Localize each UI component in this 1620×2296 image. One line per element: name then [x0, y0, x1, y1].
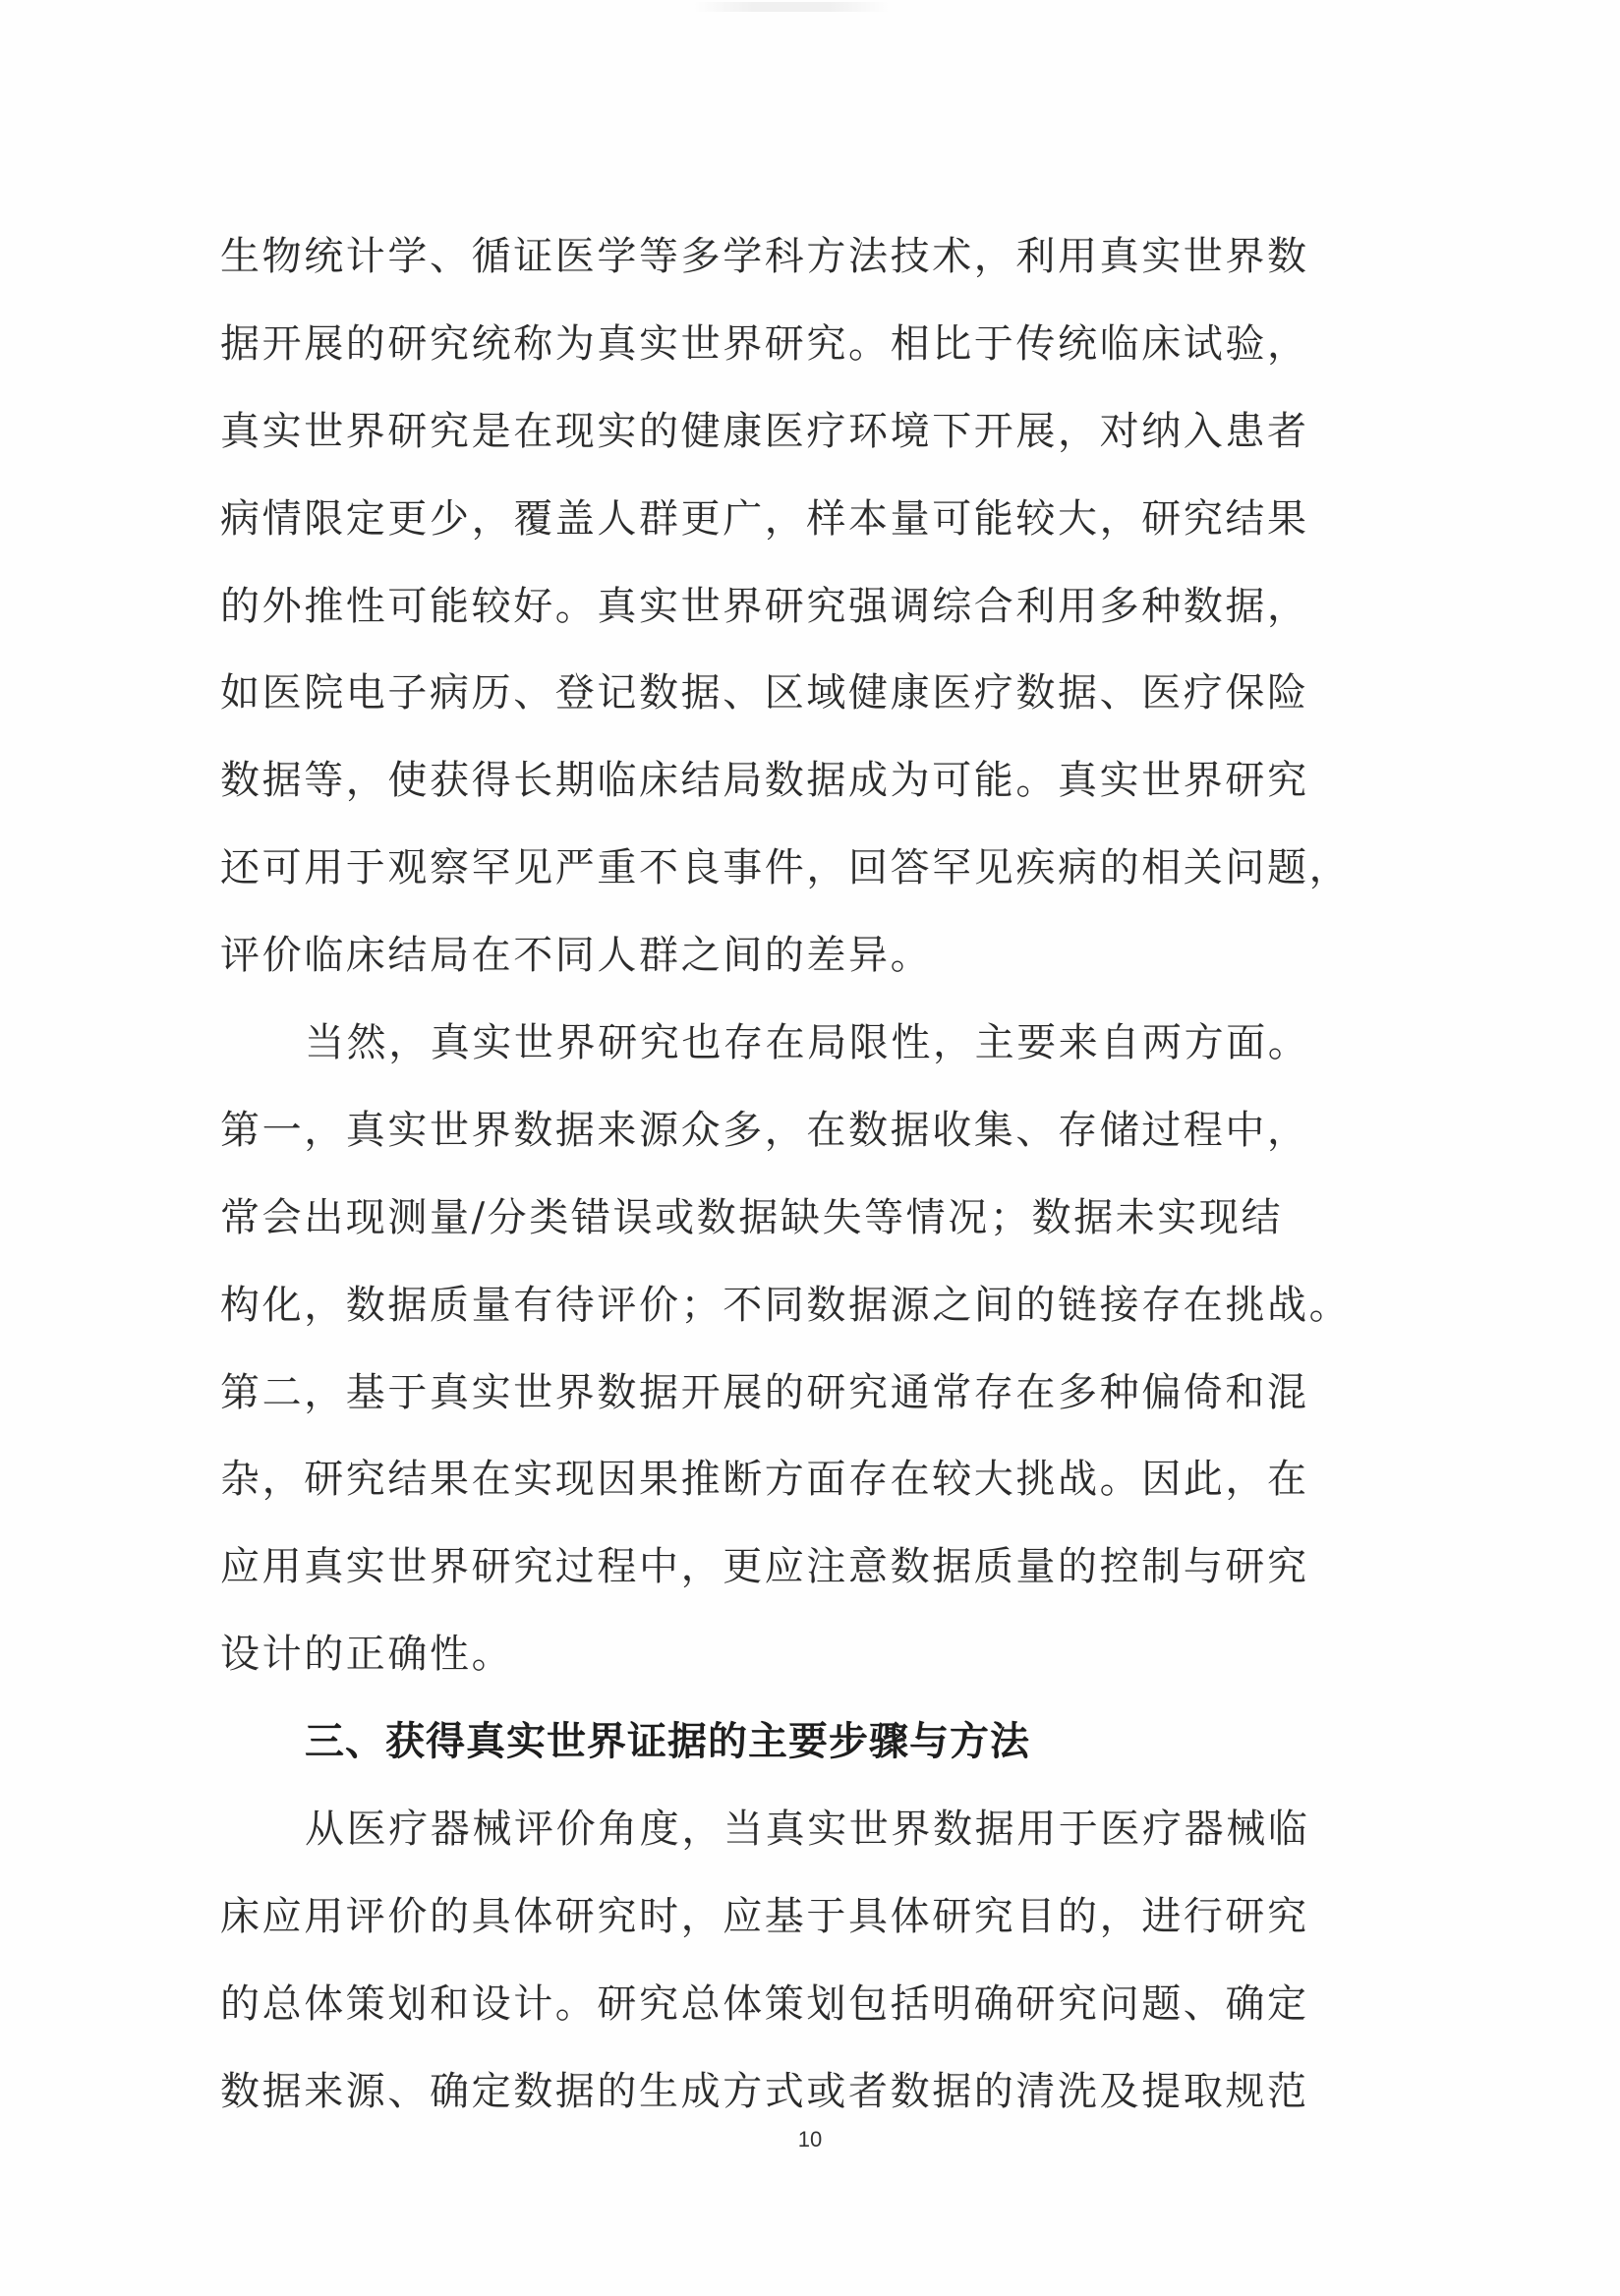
paragraph-line: 的外推性可能较好。真实世界研究强调综合利用多种数据，	[220, 571, 1370, 659]
paragraph-line: 应用真实世界研究过程中，更应注意数据质量的控制与研究	[220, 1531, 1370, 1619]
paragraph-line: 如医院电子病历、登记数据、区域健康医疗数据、医疗保险	[220, 658, 1370, 745]
paragraph-line: 第一，真实世界数据来源众多，在数据收集、存储过程中，	[220, 1095, 1370, 1182]
document-body: 生物统计学、循证医学等多学科方法技术，利用真实世界数 据开展的研究统称为真实世界…	[220, 221, 1370, 2144]
paragraph-line: 常会出现测量/分类错误或数据缺失等情况；数据未实现结	[220, 1182, 1370, 1270]
paragraph-line-indented: 当然，真实世界研究也存在局限性，主要来自两方面。	[220, 1007, 1370, 1095]
paragraph-line: 床应用评价的具体研究时，应基于具体研究目的，进行研究	[220, 1881, 1370, 1969]
paragraph-line: 数据等，使获得长期临床结局数据成为可能。真实世界研究	[220, 745, 1370, 832]
paragraph-line: 生物统计学、循证医学等多学科方法技术，利用真实世界数	[220, 221, 1370, 309]
paragraph-line: 第二，基于真实世界数据开展的研究通常存在多种偏倚和混	[220, 1357, 1370, 1445]
paragraph-line: 的总体策划和设计。研究总体策划包括明确研究问题、确定	[220, 1969, 1370, 2056]
paragraph-line: 病情限定更少，覆盖人群更广，样本量可能较大，研究结果	[220, 484, 1370, 571]
paragraph-line: 还可用于观察罕见严重不良事件，回答罕见疾病的相关问题，	[220, 832, 1370, 920]
paragraph-line: 杂，研究结果在实现因果推断方面存在较大挑战。因此，在	[220, 1444, 1370, 1531]
scan-artifact	[693, 2, 890, 12]
paragraph-line: 据开展的研究统称为真实世界研究。相比于传统临床试验，	[220, 309, 1370, 396]
paragraph-line: 构化，数据质量有待评价；不同数据源之间的链接存在挑战。	[220, 1270, 1370, 1357]
section-heading: 三、获得真实世界证据的主要步骤与方法	[220, 1706, 1370, 1794]
paragraph-line-indented: 从医疗器械评价角度，当真实世界数据用于医疗器械临	[220, 1794, 1370, 1881]
paragraph-line: 设计的正确性。	[220, 1619, 1370, 1706]
paragraph-line: 评价临床结局在不同人群之间的差异。	[220, 920, 1370, 1007]
page-number: 10	[0, 2127, 1620, 2152]
paragraph-line: 真实世界研究是在现实的健康医疗环境下开展，对纳入患者	[220, 396, 1370, 484]
